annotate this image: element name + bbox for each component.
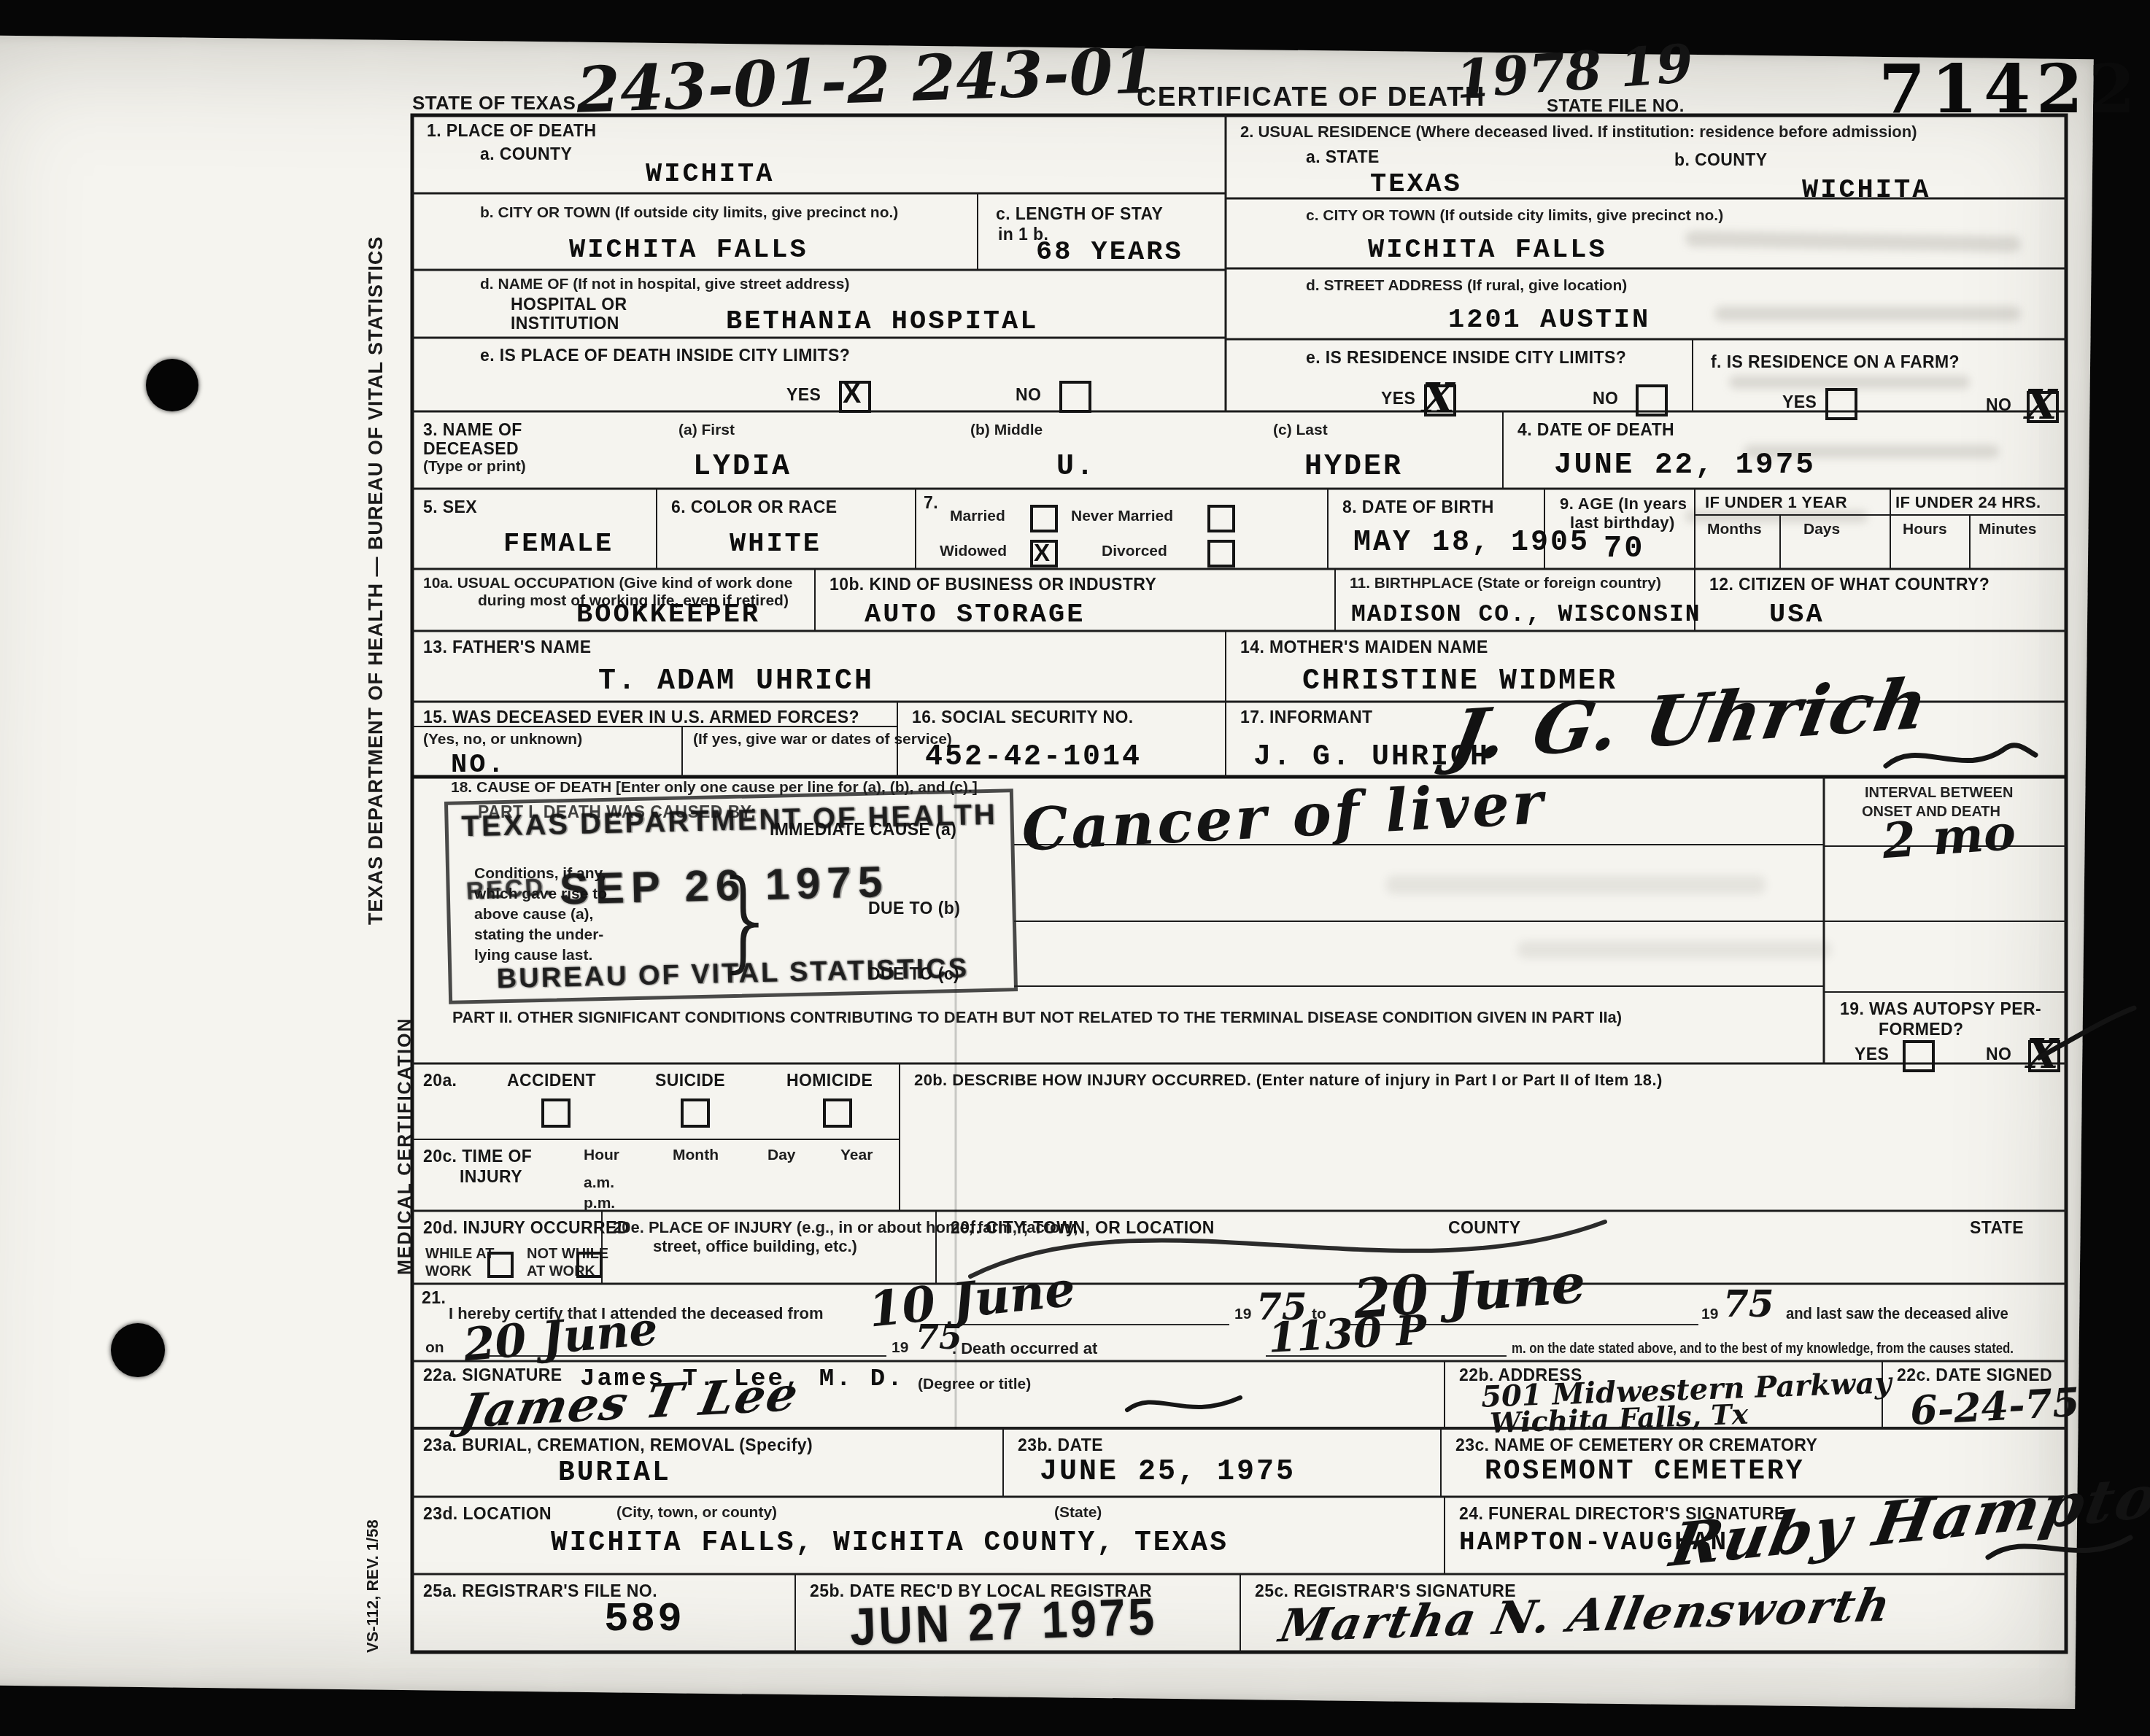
residence-limits-no-label: NO [1593, 389, 1618, 408]
date-of-birth-label: 8. DATE OF BIRTH [1342, 497, 1494, 517]
place-city-label: b. CITY OR TOWN (If outside city limits,… [480, 204, 898, 222]
certify-year-printed2: 19 [1701, 1306, 1718, 1323]
homicide-checkbox [823, 1098, 852, 1128]
armed-forces-value: NO. [451, 750, 506, 780]
deceased-name-label2: DECEASED [423, 439, 519, 459]
usual-residence-label: 2. USUAL RESIDENCE (Where deceased lived… [1240, 123, 1917, 142]
residence-farm-label: f. IS RESIDENCE ON A FARM? [1711, 352, 1960, 372]
fathers-name-value: T. ADAM UHRICH [598, 665, 874, 698]
citizenship-label: 12. CITIZEN OF WHAT COUNTRY? [1709, 575, 1989, 594]
funeral-director-flourish [1984, 1524, 2138, 1576]
certify-year2-handwritten: 75 [1723, 1282, 1774, 1325]
month-label: Month [673, 1147, 719, 1164]
residence-city-label: c. CITY OR TOWN (If outside city limits,… [1306, 207, 1723, 225]
informant-signature-flourish [1882, 733, 2043, 784]
residence-city-value: WICHITA FALLS [1368, 235, 1607, 266]
residence-limits-yes-label: YES [1381, 389, 1415, 408]
sex-label: 5. SEX [423, 497, 477, 517]
checkbox-x-mark: X [843, 379, 861, 410]
residence-farm-yes-checkbox [1825, 388, 1857, 420]
interval-value: 2 mo [1881, 804, 2018, 870]
date-of-death-label: 4. DATE OF DEATH [1517, 420, 1674, 440]
birthplace-label: 11. BIRTHPLACE (State or foreign country… [1350, 575, 1661, 592]
date-of-death-value: JUNE 22, 1975 [1554, 449, 1816, 482]
injury-20a-label: 20a. [423, 1071, 457, 1090]
place-limits-no-label: NO [1016, 385, 1041, 405]
suicide-checkbox [681, 1098, 710, 1128]
autopsy-no-check-stroke [2035, 1007, 2138, 1065]
injury-occurred-label: 20d. INJURY OCCURRED [423, 1218, 630, 1238]
certify-item-number: 21. [422, 1288, 446, 1308]
widowed-checkbox: X [1030, 540, 1058, 567]
date-received-stamp: JUN 27 1975 [849, 1586, 1159, 1657]
certificate-title: CERTIFICATE OF DEATH [1137, 82, 1486, 112]
middle-name-value: U. [1056, 451, 1096, 484]
first-name-value: LYDIA [693, 451, 792, 484]
while-at-work-label2: WORK [425, 1263, 471, 1280]
hours-label: Hours [1903, 521, 1947, 538]
never-married-label: Never Married [1071, 508, 1173, 525]
checkbox-x-mark: X [1034, 539, 1050, 567]
accident-label: ACCIDENT [507, 1071, 596, 1090]
burial-value: BURIAL [558, 1457, 671, 1489]
registrar-file-value: 589 [604, 1596, 684, 1643]
accident-checkbox [541, 1098, 571, 1128]
autopsy-no-label: NO [1986, 1045, 2011, 1064]
place-of-injury-label2: street, office building, etc.) [653, 1237, 857, 1256]
middle-name-label: (b) Middle [970, 422, 1043, 439]
residence-limits-label: e. IS RESIDENCE INSIDE CITY LIMITS? [1306, 348, 1626, 368]
cemetery-value: ROSEMONT CEMETERY [1485, 1456, 1805, 1487]
residence-farm-no-checkbox: X [2027, 391, 2059, 423]
ssn-label: 16. SOCIAL SECURITY NO. [912, 708, 1134, 727]
place-limits-yes-label: YES [786, 385, 821, 405]
time-of-injury-label1: 20c. TIME OF [423, 1147, 532, 1166]
color-race-value: WHITE [730, 529, 821, 559]
stamp-bureau-text: BUREAU OF VITAL STATISTICS [452, 952, 1014, 996]
birthplace-value: MADISON CO., WISCONSIN [1351, 601, 1701, 628]
scanned-death-certificate: TEXAS DEPARTMENT OF HEALTH — BUREAU OF V… [0, 0, 2150, 1736]
armed-forces-sub2: (If yes, give war or dates of service) [693, 731, 952, 748]
mothers-maiden-name-label: 14. MOTHER'S MAIDEN NAME [1240, 638, 1488, 657]
certify-text4: m. on the date stated above, and to the … [1512, 1341, 2014, 1357]
while-at-work-checkbox [487, 1252, 514, 1278]
burial-date-value: JUNE 25, 1975 [1040, 1456, 1296, 1489]
burial-location-label: 23d. LOCATION [423, 1504, 552, 1524]
length-of-stay-label: c. LENGTH OF STAY [996, 204, 1163, 224]
burial-location-sub2: (State) [1054, 1504, 1102, 1522]
death-time-handwritten: 1130 P [1267, 1306, 1428, 1362]
marital-item-label: 7. [924, 493, 938, 513]
deceased-name-label1: 3. NAME OF [423, 420, 522, 440]
stamp-department-text: TEXAS DEPARTMENT OF HEALTH [448, 798, 1010, 843]
margin-department-text: TEXAS DEPARTMENT OF HEALTH — BUREAU OF V… [365, 236, 387, 926]
certify-on-printed: on [425, 1339, 444, 1357]
if-under-24-hrs-label: IF UNDER 24 HRS. [1895, 493, 2041, 512]
hospital-name-label2: HOSPITAL OR [511, 295, 627, 314]
residence-state-value: TEXAS [1370, 169, 1462, 200]
burial-location-value: WICHITA FALLS, WICHITA COUNTY, TEXAS [551, 1527, 1229, 1559]
hour-label: Hour [584, 1147, 619, 1164]
place-city-limits-label: e. IS PLACE OF DEATH INSIDE CITY LIMITS? [480, 346, 850, 365]
married-label: Married [950, 508, 1005, 525]
margin-form-number: VS-112, REV. 1/58 [363, 1519, 382, 1653]
months-label: Months [1707, 521, 1762, 538]
am-label: a.m. [584, 1174, 614, 1192]
interval-label1: INTERVAL BETWEEN [1865, 785, 2013, 802]
certify-text2: and last saw the deceased alive [1786, 1304, 2008, 1323]
age-label2: last birthday) [1570, 514, 1675, 532]
place-limits-no-checkbox [1059, 381, 1091, 413]
state-file-number: 71422 [1879, 50, 2141, 128]
residence-street-value: 1201 AUSTIN [1448, 305, 1650, 336]
while-at-work-label1: WHILE AT [425, 1246, 494, 1263]
stamp-date-text: SEP 26 1975 [559, 856, 889, 914]
year-label: Year [840, 1147, 873, 1164]
not-while-at-work-checkbox [576, 1252, 603, 1278]
date-signed-value: 6-24-75 [1909, 1379, 2081, 1434]
homicide-label: HOMICIDE [786, 1071, 873, 1090]
occupation-value: BOOKKEEPER [576, 600, 760, 630]
injury-state-label: STATE [1970, 1218, 2024, 1238]
informant-label: 17. INFORMANT [1240, 708, 1373, 727]
deceased-name-label3: (Type or print) [423, 458, 526, 476]
stamp-recd-text: RECD. [465, 872, 555, 906]
never-married-checkbox [1207, 505, 1235, 532]
last-name-label: (c) Last [1273, 422, 1328, 439]
describe-injury-label: 20b. DESCRIBE HOW INJURY OCCURRED. (Ente… [914, 1071, 1663, 1090]
if-under-1-year-label: IF UNDER 1 YEAR [1705, 493, 1847, 512]
divorced-label: Divorced [1102, 543, 1167, 560]
residence-county-label: b. COUNTY [1674, 150, 1768, 170]
hospital-name-label3: INSTITUTION [511, 314, 619, 333]
armed-forces-sub1: (Yes, no, or unknown) [423, 731, 582, 748]
armed-forces-label: 15. WAS DECEASED EVER IN U.S. ARMED FORC… [423, 708, 859, 727]
married-checkbox [1030, 505, 1058, 532]
age-label1: 9. AGE (In years [1560, 495, 1687, 514]
last-name-value: HYDER [1304, 451, 1403, 484]
residence-state-label: a. STATE [1306, 147, 1380, 167]
age-value: 70 [1604, 531, 1644, 566]
sex-value: FEMALE [503, 529, 614, 559]
residence-limits-yes-checkbox: X [1424, 384, 1456, 416]
minutes-label: Minutes [1979, 521, 2036, 538]
place-county-label: a. COUNTY [480, 144, 572, 164]
certify-year-printed3: 19 [892, 1339, 908, 1357]
vital-statistics-received-stamp: TEXAS DEPARTMENT OF HEALTH RECD. SEP 26 … [444, 788, 1018, 1004]
autopsy-label1: 19. WAS AUTOPSY PER- [1840, 999, 2041, 1019]
widowed-label: Widowed [940, 543, 1007, 560]
day-label: Day [767, 1147, 796, 1164]
margin-medical-certification-text: MEDICAL CERTIFICATION [395, 1017, 416, 1275]
pm-label: p.m. [584, 1195, 615, 1212]
handwritten-x-mark: X [2025, 381, 2057, 429]
autopsy-label2: FORMED? [1879, 1020, 1964, 1039]
industry-value: AUTO STORAGE [865, 600, 1085, 630]
state-file-no-label: STATE FILE NO. [1547, 96, 1685, 117]
hospital-name-label: d. NAME OF (If not in hospital, give str… [480, 276, 849, 293]
handwritten-x-mark: X [1423, 374, 1454, 422]
residence-limits-no-checkbox [1636, 384, 1668, 416]
place-of-death-label: 1. PLACE OF DEATH [427, 121, 597, 141]
part2-label: PART II. OTHER SIGNIFICANT CONDITIONS CO… [452, 1008, 1622, 1027]
state-of-texas-label: STATE OF TEXAS [412, 92, 576, 115]
autopsy-yes-label: YES [1855, 1045, 1889, 1064]
occupation-label1: 10a. USUAL OCCUPATION (Give kind of work… [423, 575, 792, 592]
burial-label: 23a. BURIAL, CREMATION, REMOVAL (Specify… [423, 1435, 813, 1455]
degree-or-title-label: (Degree or title) [918, 1376, 1031, 1393]
color-race-label: 6. COLOR OR RACE [671, 497, 837, 517]
divorced-checkbox [1207, 540, 1235, 567]
residence-street-label: d. STREET ADDRESS (If rural, give locati… [1306, 277, 1627, 295]
residence-farm-yes-label: YES [1782, 392, 1817, 412]
place-county-value: WICHITA [646, 159, 774, 190]
place-city-value: WICHITA FALLS [569, 235, 808, 266]
ssn-value: 452-42-1014 [925, 741, 1142, 774]
hospital-name-value: BETHANIA HOSPITAL [726, 306, 1038, 337]
certify-year-printed: 19 [1234, 1306, 1251, 1323]
suicide-label: SUICIDE [655, 1071, 725, 1090]
autopsy-yes-checkbox [1903, 1040, 1935, 1072]
fathers-name-label: 13. FATHER'S NAME [423, 638, 591, 657]
degree-scribble [1124, 1384, 1248, 1425]
date-of-birth-value: MAY 18, 1905 [1353, 527, 1590, 559]
burial-location-sub1: (City, town, or county) [616, 1504, 777, 1522]
certify-text3: . Death occurred at [952, 1339, 1097, 1358]
days-label: Days [1803, 521, 1840, 538]
residence-county-value: WICHITA [1802, 175, 1930, 206]
length-of-stay-value: 68 YEARS [1036, 237, 1183, 268]
industry-label: 10b. KIND OF BUSINESS OR INDUSTRY [830, 575, 1156, 594]
cemetery-label: 23c. NAME OF CEMETERY OR CREMATORY [1455, 1435, 1817, 1455]
citizenship-value: USA [1769, 600, 1825, 630]
time-of-injury-label2: INJURY [460, 1167, 522, 1187]
burial-date-label: 23b. DATE [1018, 1435, 1103, 1455]
residence-farm-no-label: NO [1986, 395, 2011, 415]
first-name-label: (a) First [678, 422, 735, 439]
place-limits-yes-checkbox: X [839, 381, 871, 413]
